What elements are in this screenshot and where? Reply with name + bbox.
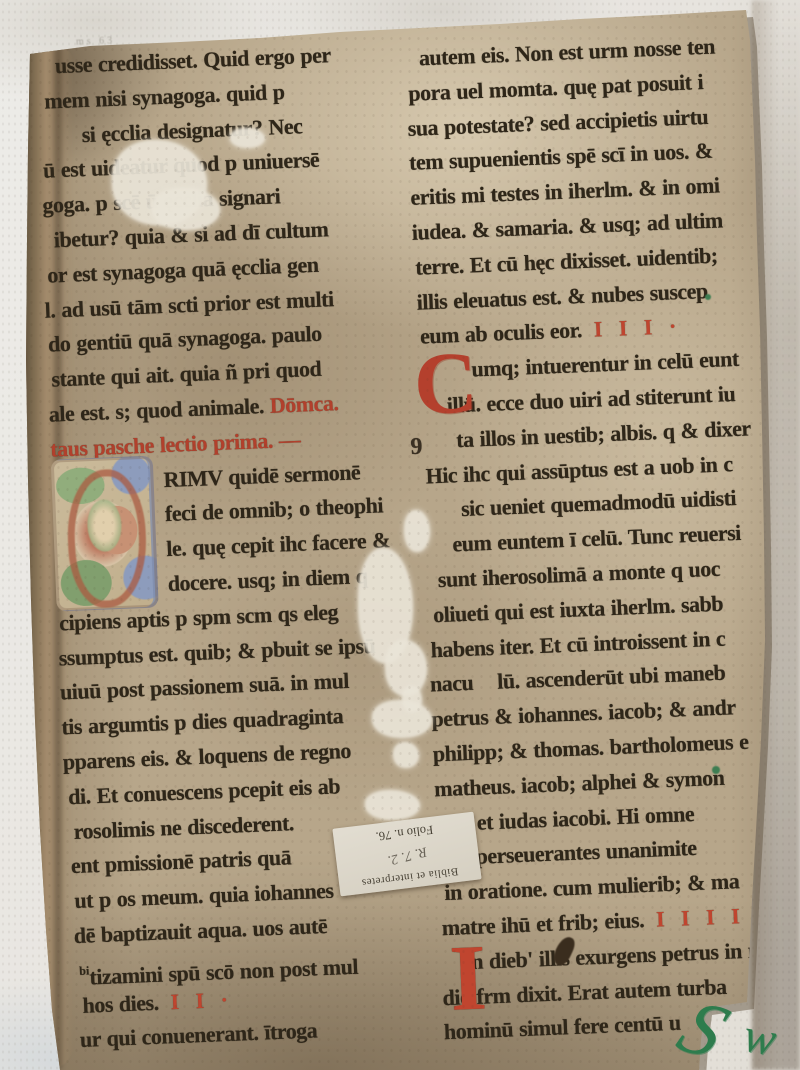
faint-pencil-inscription: ms 63 [76,35,116,47]
plaster-stain [402,686,422,712]
manuscript-line: dē baptizauit aqua. uos autē [69,904,442,954]
ink-text: philipp; & thomas. bartholomeus e [432,729,748,767]
manuscript-line: docere. usq; in diem q [55,557,428,607]
manuscript-line: or est synagoga quā ęcclia gen [43,244,416,294]
manuscript-line: matheus. iacob; alphei & symon [434,756,800,807]
ink-text: ssumptus est. quib; & pbuit se ipsū [58,632,376,670]
ink-text: in oratione. cum mulierib; & ma [444,868,740,905]
plaster-stain [385,640,427,696]
ink-text: hominū simul fere centū u [444,1010,682,1044]
manuscript-line: l. ad usū tām scti prior est multi [44,278,417,328]
manuscript-line: oliueti qui est iuxta iherlm. sabb [427,582,800,633]
ink-text: do gentiū quā synagoga. paulo [48,321,323,357]
ink-text: cipiens aptis p spm scm qs eleg [59,599,339,635]
ink-text: sua potestate? sed accipietis uirtu [407,103,708,140]
ink-text: feci de omnib; o theophi [164,493,383,527]
manuscript-line: uiuū post passionem suā. in mul [59,661,432,711]
ink-text: usse credidisset. Quid ergo per [54,42,331,78]
parchment-leaf: usse credidisset. Quid ergo permem nisi … [0,0,800,1070]
ink-text: dē baptizauit aqua. uos autē [73,913,327,948]
ink-text: eum ab oculis eor. [420,317,583,348]
manuscript-line: eritis mi testes in iherlm. & in omi [410,165,800,216]
manuscript-line: hos dies.I I · [72,974,445,1024]
manuscript-line: Hic ihc qui assūptus est a uob in c [421,443,800,494]
marginal-mark: 9 [410,430,423,465]
plaster-stain [112,140,207,225]
manuscript-line: eum euntem ī celū. Tunc reuersi [424,513,800,564]
manuscript-line: pora uel momta. quę pat posuit i [406,61,800,112]
manuscript-line: petrus & iohannes. iacob; & andr [431,687,800,738]
manuscript-line: bitizamini spū scō non post mul [71,939,444,989]
ink-text: eritis mi testes in iherlm. & in omi [410,173,720,210]
manuscript-line: n dieb' illis exurgens petrus in m [441,930,800,981]
plaster-stain [404,510,430,552]
manuscript-line: ibetur? quia & si ad dī cultum [41,209,414,259]
ink-text: tis argumtis p dies quadraginta [61,703,344,739]
manuscript-line: ta illos in uestib; albis. q & dixer [420,409,800,460]
manuscript-line: di. Et conuescens pcepit eis ab [64,765,437,815]
manuscript-line: illū. ecce duo uiri ad stiterunt iu [418,374,800,425]
manuscript-line: tem supuenientis spē scī in uos. & [408,130,800,181]
manuscript-line: sunt iherosolimā a monte q uoc [425,548,800,599]
manuscript-line: matre ihū et frib; eius.I I I I [439,895,800,946]
plaster-stain [393,742,419,768]
manuscript-line: nacu lū. ascenderūt ubi maneb [429,652,800,703]
text-column-right: C I 9 autem eis. Non est urm nosse tenpo… [404,20,800,1050]
ink-text: hos dies. [82,989,159,1017]
ink-text: si ęcclia designatur? Nec [81,113,303,147]
rubric-text: I I I · [593,313,681,341]
ink-text: le. quę cepit ihc facere & [166,527,391,561]
manuscript-line: do gentiū quā synagoga. paulo [45,313,418,363]
ink-text: goga. p scē ū ęcclia signari [42,183,281,218]
ink-text: ent pmissionē patris quā [71,845,292,879]
ink-text: eum euntem ī celū. Tunc reuersi [452,520,741,557]
label-folio-number: Folio n. 76. [375,822,434,844]
ink-text: bi [79,963,90,977]
ink-text: autem eis. Non est urm nosse ten [418,34,715,71]
manuscript-line: sua potestate? sed accipietis uirtu [407,96,800,147]
ink-text: nt perseuerantes unanimite [451,835,697,870]
manuscript-line: cipiens aptis p spm scm qs eleg [57,591,430,641]
ink-text: ū est uideatur quod p uniuersē [43,147,320,183]
ink-text: uiuū post passionem suā. in mul [60,668,350,705]
manuscript-line: philipp; & thomas. bartholomeus e [432,721,800,772]
manuscript-line: umq; intuerentur in celū eunt [417,339,800,390]
ink-text: docere. usq; in diem q [167,563,368,596]
ink-text: petrus & iohannes. iacob; & andr [431,694,736,731]
manuscript-line: si ęcclia designatur? Nec [37,105,410,155]
manuscript-line: tes. et iudas iacobi. Hi omne [435,791,800,842]
plaster-stain [365,790,420,820]
manuscript-line: ssumptus est. quib; & pbuit se ipsū [58,626,431,676]
ink-text: tes. et iudas iacobi. Hi omne [441,801,694,836]
illuminated-initial-p [51,456,159,612]
rubric-text: I I · [170,986,233,1013]
manuscript-line: tis argumtis p dies quadraginta [61,696,434,746]
manuscript-line: in oratione. cum mulierib; & ma [438,861,800,912]
ink-text: stante qui ait. quia ñ pri quod [51,356,322,392]
manuscript-line: nt perseuerantes unanimite [436,826,800,877]
manuscript-line: feci de omnib; o theophi [52,487,425,537]
manuscript-line: iudea. & samaria. & usq; ad ultim [411,200,800,251]
ink-text: iudea. & samaria. & usq; ad ultim [411,207,723,244]
manuscript-line: ale est. s; quod animale. Dōmca. [48,383,421,433]
ink-text: illis eleuatus est. & nubes suscep [416,278,708,315]
ink-text: sunt iherosolimā a monte q uoc [437,556,720,592]
rubric-text: I I I I [656,903,746,932]
ink-text: pparens eis. & loquens de regno [62,738,351,775]
ink-text: matheus. iacob; alphei & symon [434,764,725,801]
ink-text: l. ad usū tām scti prior est multi [44,286,334,323]
plaster-stain [230,128,265,148]
ink-text: dio frm dixit. Erat autem turba [442,973,727,1009]
ink-text: sic ueniet quemadmodū uidisti [461,485,737,521]
manuscript-line: ū est uideatur quod p uniuersē [38,139,411,189]
ink-text: habens iter. Et cū introissent in c [430,625,725,662]
rubric-text: taus pasche lectio prima. — [50,426,301,461]
ink-text: ut p os meum. quia iohannes [74,878,334,913]
manuscript-line: eum ab oculis eor.I I I · [415,304,800,355]
ink-text: ta illos in uestib; albis. q & dixer [456,415,751,452]
ink-text: terre. Et cū hęc dixisset. uidentib; [415,242,718,279]
text-column-left: usse credidisset. Quid ergo permem nisi … [34,29,446,1058]
ink-text: oliueti qui est iuxta iherlm. sabb [433,590,724,627]
manuscript-line: illis eleuatus est. & nubes suscep [414,269,800,320]
manuscript-line: autem eis. Non est urm nosse ten [404,26,800,77]
label-pencil-note: R. 7. 2. [386,843,429,868]
manuscript-photo: usse credidisset. Quid ergo permem nisi … [0,0,800,1070]
manuscript-line: goga. p scē ū ęcclia signari [40,174,413,224]
manuscript-line: le. quę cepit ihc facere & [54,522,427,572]
ink-text: tem supuenientis spē scī in uos. & [409,138,714,175]
rubricated-initial-i: I [448,932,488,1025]
plaster-stain [372,700,432,738]
manuscript-line: RIMV quidē sermonē [51,452,424,502]
ink-text: ibetur? quia & si ad dī cultum [53,216,328,252]
ink-text: mem nisi synagoga. quid p [44,79,285,114]
green-speck [712,766,720,774]
plaster-stain [152,188,220,230]
manuscript-line: mem nisi synagoga. quid p [36,70,409,120]
ink-text: ale est. s; quod animale. [48,393,270,427]
manuscript-line: stante qui ait. quia ñ pri quod [47,348,420,398]
parchment-hole [551,934,578,968]
ink-text: RIMV quidē sermonē [163,459,361,492]
ink-text: pora uel momta. quę pat posuit i [408,69,704,106]
manuscript-line: pparens eis. & loquens de regno [62,730,435,780]
ink-text: nacu lū. ascenderūt ubi maneb [430,660,726,697]
ink-text: tizamini spū scō non post mul [89,953,358,989]
manuscript-line: sic ueniet quemadmodū uidisti [422,478,800,529]
rubric-text: Dōmca. [269,390,338,418]
ink-text: umq; intuerentur in celū eunt [471,346,739,382]
ink-text: or est synagoga quā ęcclia gen [47,252,319,288]
ink-text: ur qui conuenerant. ītroga [79,1018,317,1053]
ink-text: di. Et conuescens pcepit eis ab [68,773,341,809]
ink-text: n dieb' illis exurgens petrus in m [471,937,766,974]
ink-text: illū. ecce duo uiri ad stiterunt iu [446,381,735,418]
manuscript-line: ur qui conuenerant. ītroga [73,1009,446,1059]
manuscript-line: taus pasche lectio prima. — [50,418,423,468]
ink-text: Hic ihc qui assūptus est a uob in c [425,451,733,488]
ink-text: matre ihū et frib; eius. [441,907,644,940]
green-speck [705,294,711,300]
manuscript-line: terre. Et cū hęc dixisset. uidentib; [413,235,800,286]
plaster-stain [358,548,413,663]
rubricated-initial-c: C [412,341,478,427]
manuscript-line: habens iter. Et cū introissent in c [428,617,800,668]
ink-text: rosolimis ne discederent. [73,810,294,844]
